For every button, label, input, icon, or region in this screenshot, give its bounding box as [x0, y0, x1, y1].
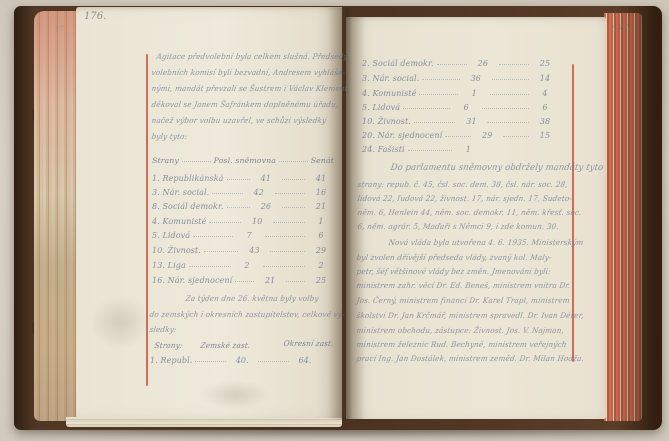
votes-zemske: 29 — [474, 131, 500, 140]
col-header-strany2: Strany: — [154, 341, 183, 350]
dotted-leader — [227, 207, 250, 208]
table-row: 1. Republikánská4141 — [152, 174, 334, 183]
handwritten-line: nými, mandát převzali se Šustrem i Václa… — [151, 84, 351, 93]
votes-senate: 41 — [308, 174, 334, 183]
votes-zemske: 36 — [463, 74, 489, 83]
table-row: 16. Nár. sjednocení2125 — [152, 276, 334, 285]
handwritten-line: Agitace předvolební byla celkem slušná. … — [156, 52, 348, 61]
paper-stain — [200, 380, 270, 410]
handwritten-line: volebních komisí byli bezvadní, Andresem… — [151, 68, 346, 77]
table-row: 10. Živnost.3138 — [362, 117, 558, 126]
dotted-leader — [482, 108, 529, 109]
party-label: 1. Republ. — [150, 356, 192, 365]
handwritten-line: byl zvolen dřívější předseda vlády, zvan… — [356, 253, 552, 262]
votes-senate: 16 — [308, 188, 334, 197]
handwritten-line: načež výbor volbu uzavřel, ve schůzi výs… — [151, 116, 327, 125]
handwritten-line: 6, něm. agrár. 5, Maďaři s Němci 9, i zd… — [357, 222, 559, 231]
dotted-leader — [193, 236, 233, 237]
col-header-senat: Senát — [311, 156, 334, 165]
dotted-leader — [437, 64, 467, 65]
party-label: 5. Lidová — [152, 231, 190, 240]
votes-chamber: 10 — [244, 217, 270, 226]
photo-of-open-chronicle-book: 176. 17 Agitace předvolební byla celkem … — [0, 0, 669, 441]
dotted-leader — [403, 108, 450, 109]
votes-chamber: 42 — [246, 188, 272, 197]
dotted-leader — [235, 281, 254, 282]
table-row: 10. Živnost.4329 — [152, 246, 334, 255]
dotted-leader — [279, 161, 308, 162]
votes-okresni: 4 — [532, 89, 558, 98]
handwritten-line: Nová vláda byla utvořena 4. 6. 1935. Min… — [388, 238, 584, 247]
dotted-leader — [408, 150, 453, 151]
dotted-leader — [265, 236, 305, 237]
dotted-leader — [209, 222, 241, 223]
handwritten-line: něm. 6, Henlein 44, něm. soc. demokr. 11… — [357, 208, 582, 217]
table-row: 5. Lidová66 — [362, 103, 558, 112]
table-row: 24. Fašisti1 — [362, 145, 558, 154]
votes-zemske: 40. — [229, 356, 255, 365]
dotted-leader — [263, 266, 305, 267]
dotted-leader — [227, 179, 250, 180]
dotted-leader — [445, 136, 471, 137]
dotted-leader — [490, 94, 529, 95]
votes-okresni: 25 — [532, 59, 558, 68]
table-row: 1. Republ.40.64. — [150, 356, 318, 365]
party-label: 4. Komunisté — [152, 217, 206, 226]
votes-chamber: 2 — [234, 261, 260, 270]
votes-senate: 29 — [308, 246, 334, 255]
votes-okresni: 14 — [532, 74, 558, 83]
dotted-leader — [414, 122, 456, 123]
dotted-leader — [182, 161, 211, 162]
party-label: 3. Nár. social. — [152, 188, 209, 197]
col-header-snemovna: Posl. sněmovna — [214, 156, 276, 165]
col-header-okresni: Okresní zast. — [283, 339, 334, 348]
votes-chamber: 7 — [236, 231, 262, 240]
table-row: 4. Komunisté14 — [362, 89, 558, 98]
col-header-zemske: Zemské zast. — [200, 341, 251, 350]
handwritten-line: ministrem zahr. věcí Dr. Ed. Beneš, mini… — [356, 281, 571, 290]
dotted-leader — [273, 222, 305, 223]
table-header-row: Strany Posl. sněmovna Senát — [152, 156, 334, 165]
under-page-edges — [66, 417, 342, 427]
votes-okresni: 64. — [292, 356, 318, 365]
handwritten-line: Za týden dne 26. května byly volby — [185, 294, 319, 303]
dotted-leader — [499, 64, 529, 65]
handwritten-line: sledky: — [149, 325, 177, 334]
dotted-leader — [275, 193, 305, 194]
col-header-strany: Strany — [152, 156, 179, 165]
party-label: 24. Fašisti — [362, 145, 405, 154]
party-label: 5. Lidová — [362, 103, 400, 112]
left-page-edges-marbled — [34, 11, 80, 421]
party-label: 3. Nár. social. — [362, 74, 419, 83]
party-label: 10. Živnost. — [152, 246, 201, 255]
dotted-leader — [204, 251, 239, 252]
handwritten-line: strany: repub. č. 45, čsl. soc. dem. 38,… — [357, 180, 568, 189]
dotted-leader — [503, 136, 529, 137]
handwritten-line: Do parlamentu sněmovny obdržely mandáty … — [390, 163, 604, 173]
red-margin-rule-left — [146, 54, 148, 386]
handwritten-line: do zemských i okresních zastupitelstev, … — [149, 310, 345, 319]
votes-senate: 21 — [308, 202, 334, 211]
party-label: 10. Živnost. — [362, 117, 411, 126]
handwritten-line: děkoval se Janem Šafránkem doplněnému úř… — [151, 100, 339, 109]
table-row: 2. Sociál demokr.2625 — [362, 59, 558, 68]
handwritten-line: prací Ing. Jan Dostálek, ministrem zeměd… — [356, 354, 585, 363]
dotted-leader — [419, 94, 458, 95]
votes-senate: 2 — [308, 261, 334, 270]
dotted-leader — [487, 122, 529, 123]
paper-stain — [90, 295, 150, 350]
votes-okresni: 6 — [532, 103, 558, 112]
table-row: 4. Komunisté101 — [152, 217, 334, 226]
votes-zemske: 1 — [461, 89, 487, 98]
dotted-leader — [258, 361, 289, 362]
table-row: 8. Sociál demokr.2621 — [152, 202, 334, 211]
handwritten-line: ministrem obchodu, zástupce: Živnost. Jo… — [356, 326, 565, 335]
votes-senate: 6 — [308, 231, 334, 240]
handwritten-line: lidová 22, ľudová 22, živnost. 17, nár. … — [357, 194, 573, 203]
right-page-edges-red — [604, 13, 642, 421]
handwritten-line: byly tyto: — [151, 132, 188, 141]
party-label: 20. Nár. sjednocení — [362, 131, 442, 140]
dotted-leader — [212, 193, 242, 194]
table-row: 13. Liga22 — [152, 261, 334, 270]
dotted-leader — [189, 266, 231, 267]
votes-zemske: 26 — [470, 59, 496, 68]
votes-chamber: 26 — [253, 202, 279, 211]
dotted-leader — [195, 361, 226, 362]
party-label: 8. Sociál demokr. — [152, 202, 224, 211]
votes-senate: 1 — [308, 217, 334, 226]
votes-okresni: 15 — [532, 131, 558, 140]
table-row: 20. Nár. sjednocení2915 — [362, 131, 558, 140]
dotted-leader — [492, 79, 529, 80]
table-row: 3. Nár. social.3614 — [362, 74, 558, 83]
votes-okresni: 38 — [532, 117, 558, 126]
handwritten-line: petr, šéf většinové vlády bez změn. Jmen… — [356, 267, 551, 276]
page-number-left: 176. — [84, 11, 106, 22]
dotted-leader — [286, 281, 305, 282]
handwritten-line: ministrem železnic Rud. Bechyně, ministr… — [356, 340, 567, 349]
dotted-leader — [270, 251, 305, 252]
party-label: 1. Republikánská — [152, 174, 224, 183]
party-label: 16. Nár. sjednocení — [152, 276, 232, 285]
votes-zemske: 6 — [453, 103, 479, 112]
table-row: 3. Nár. social.4216 — [152, 188, 334, 197]
dotted-leader — [422, 79, 459, 80]
votes-zemske: 31 — [458, 117, 484, 126]
votes-senate: 25 — [308, 276, 334, 285]
party-label: 2. Sociál demokr. — [362, 59, 434, 68]
votes-chamber: 21 — [257, 276, 283, 285]
handwritten-line: školství Dr. Jan Krčmář, ministrem sprav… — [356, 311, 585, 320]
party-label: 4. Komunisté — [362, 89, 416, 98]
table-row: 5. Lidová76 — [152, 231, 334, 240]
handwritten-line: Jos. Černý, ministrem financí Dr. Karel … — [356, 296, 570, 305]
votes-zemske: 1 — [455, 145, 481, 154]
votes-chamber: 43 — [241, 246, 267, 255]
dotted-leader — [282, 179, 305, 180]
dotted-leader — [282, 207, 305, 208]
party-label: 13. Liga — [152, 261, 186, 270]
votes-chamber: 41 — [253, 174, 279, 183]
